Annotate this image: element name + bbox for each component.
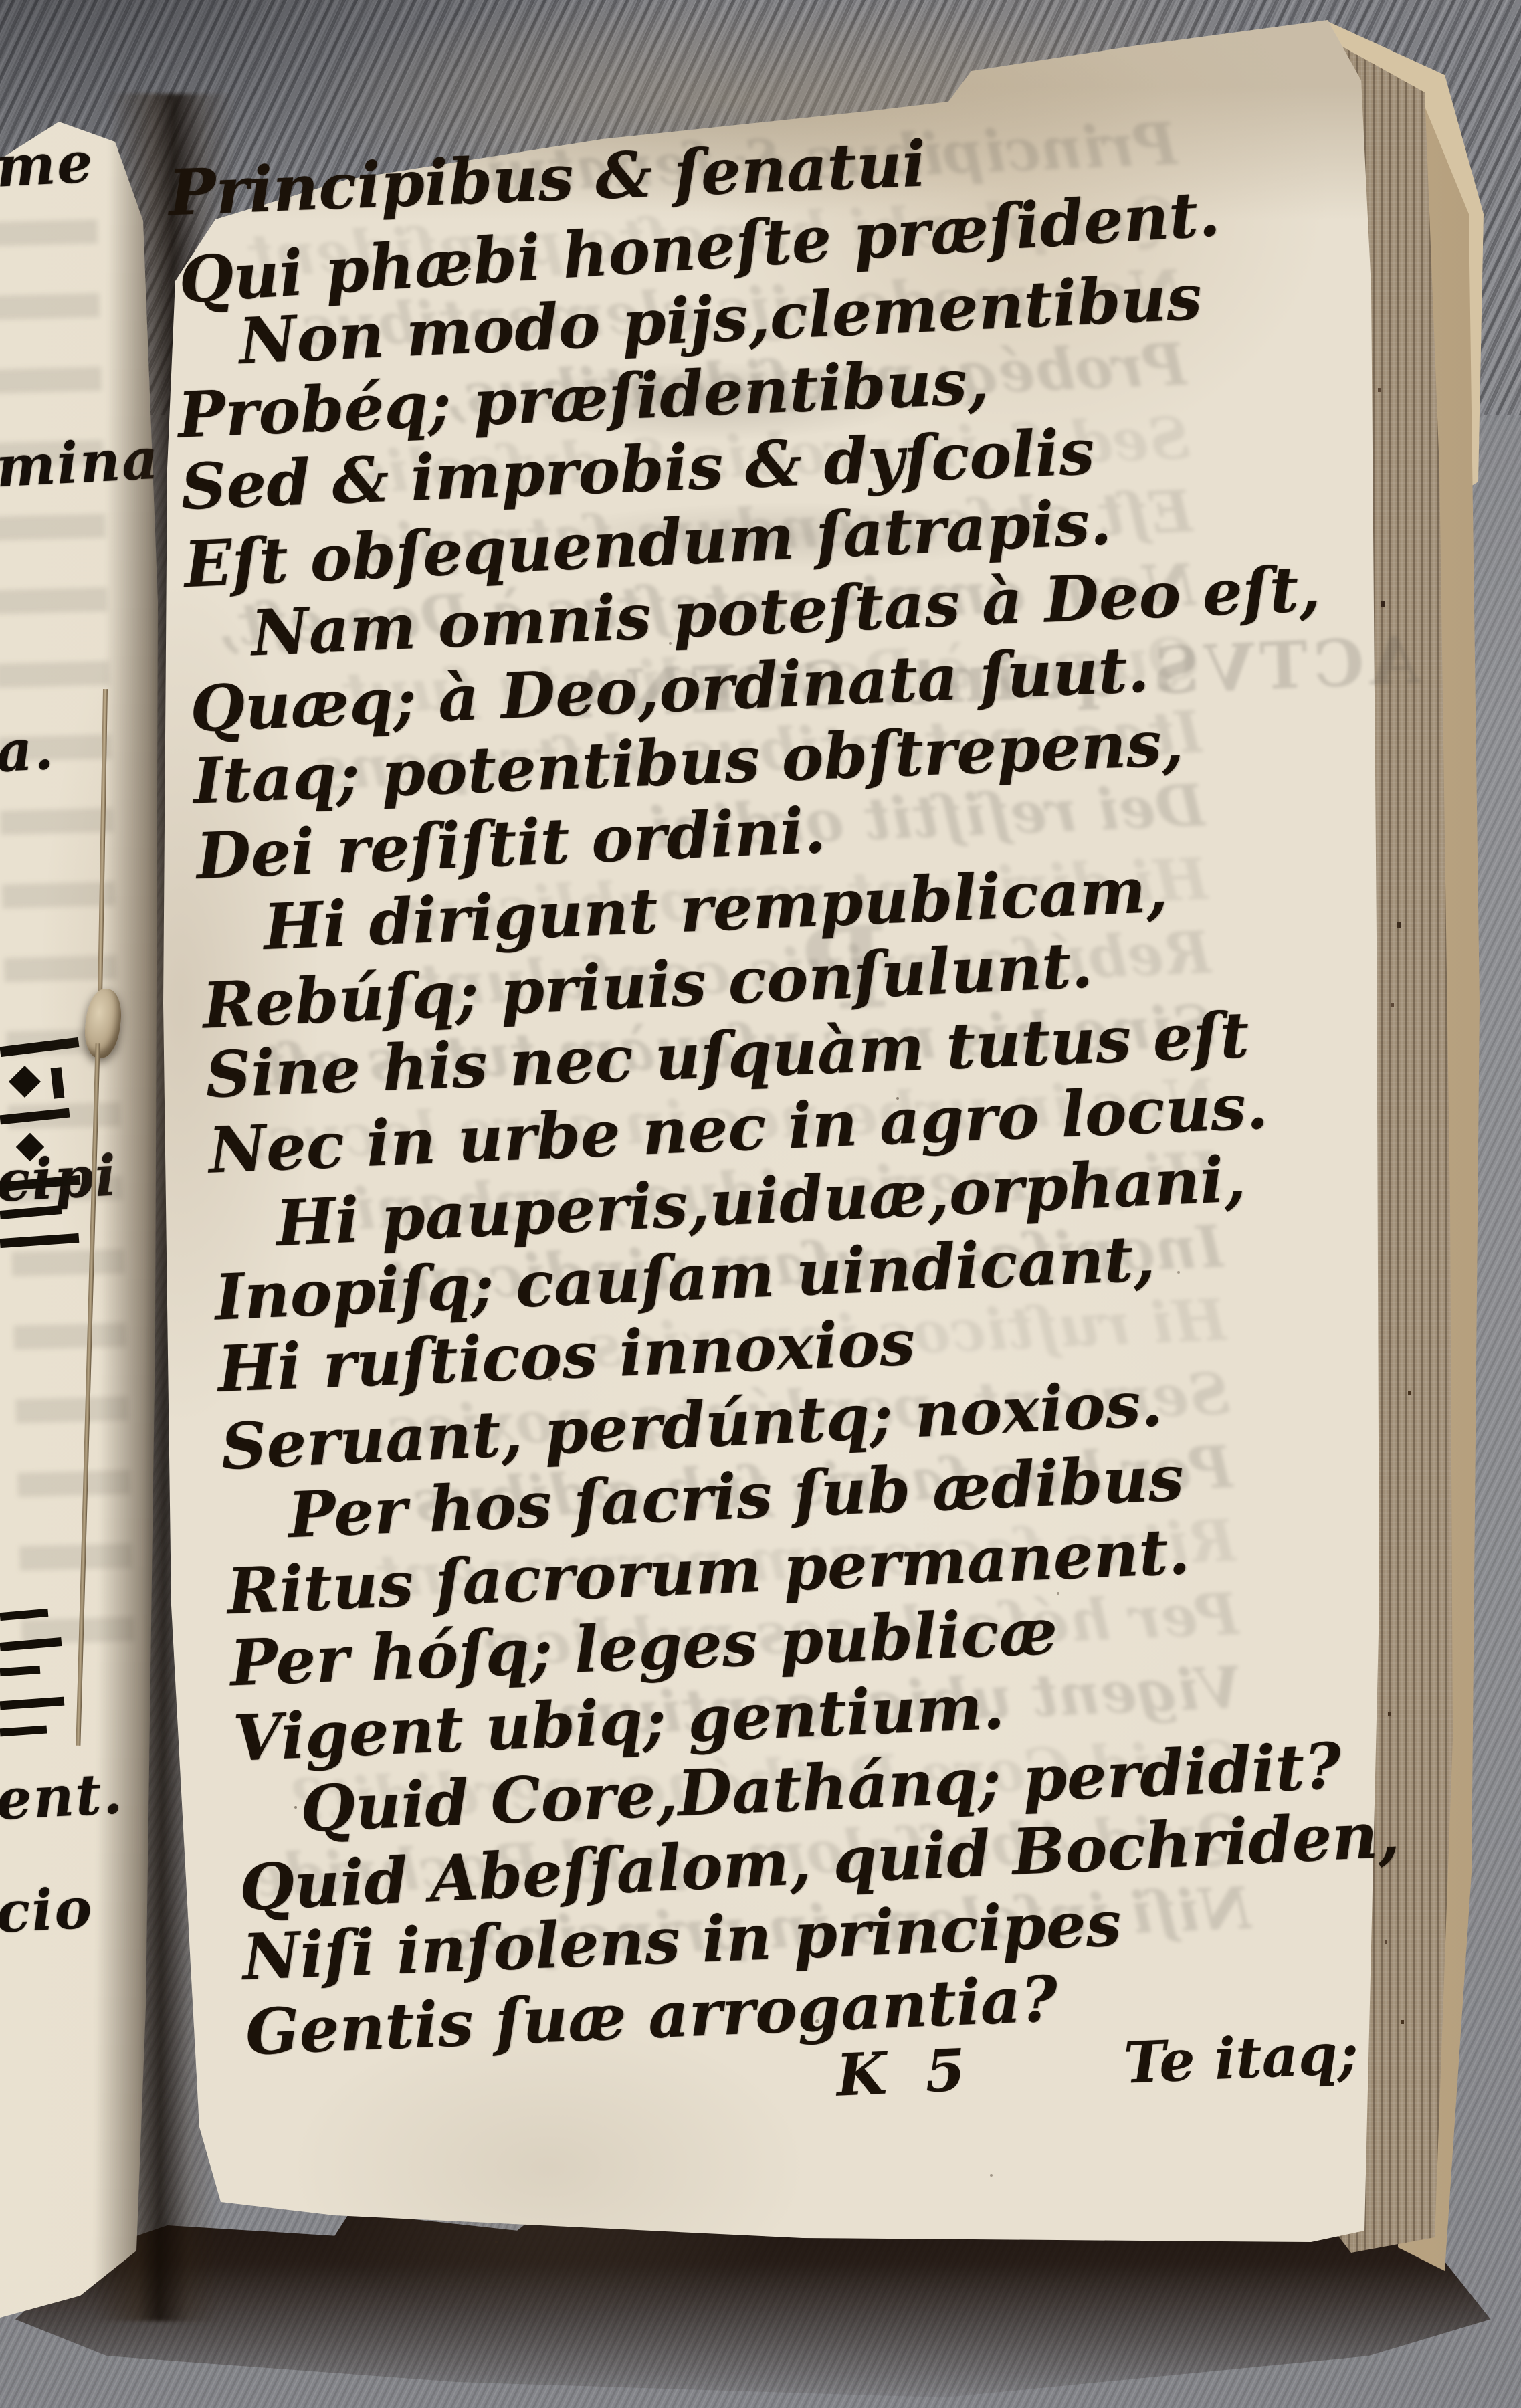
book-photo-scene: meminaa.cipient.cio ACTVS quint. SCENA P…: [0, 0, 1521, 2408]
left-page-text-fragment: a.: [0, 716, 56, 785]
catchword: Te itaq;: [1122, 2020, 1359, 2096]
left-page-text-fragment: me: [0, 128, 96, 200]
verse-lines: Principibus & ſenatuiQui phæbi honeſte p…: [167, 114, 1370, 2072]
left-page-text-fragment: cio: [0, 1874, 95, 1945]
gathering-signature: K 5: [835, 2036, 977, 2110]
verse-text-block: Principibus & ſenatuiQui phæbi honeſte p…: [167, 114, 1380, 2300]
